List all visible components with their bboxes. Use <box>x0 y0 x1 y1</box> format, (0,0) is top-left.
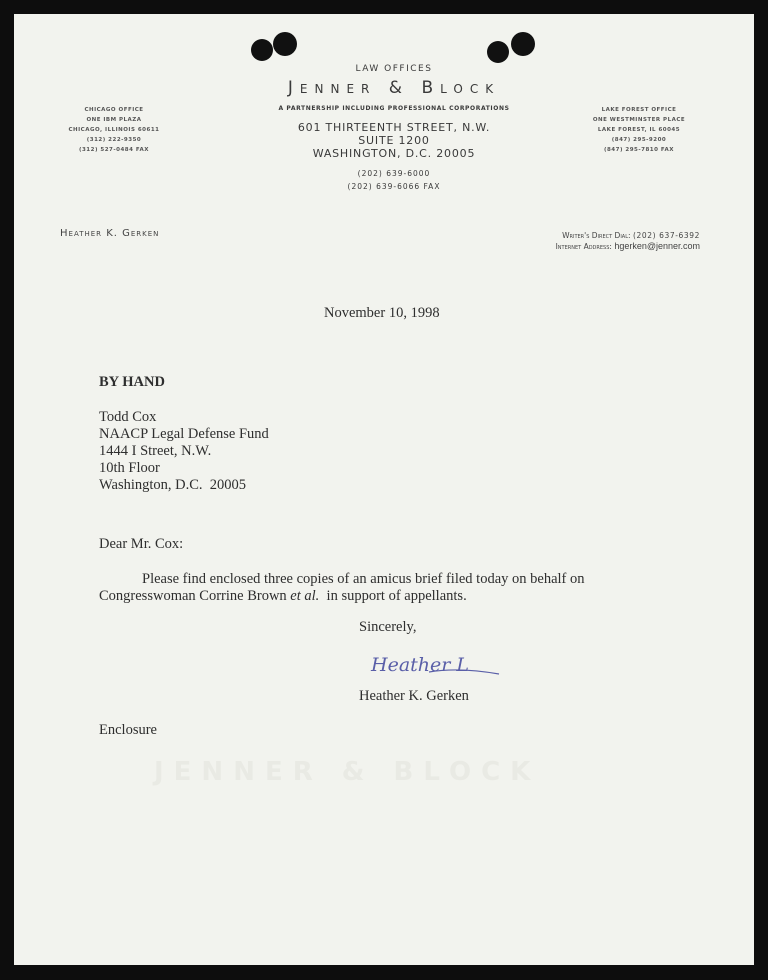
letter-page: LAW OFFICES Jenner & Block A PARTNERSHIP… <box>14 14 754 965</box>
recipient-line: Todd Cox <box>99 409 269 426</box>
salutation: Dear Mr. Cox: <box>99 536 183 553</box>
writer-name: Heather K. Gerken <box>60 228 159 239</box>
office-line: CHICAGO OFFICE <box>54 105 174 115</box>
writer-contact: Writer's Direct Dial: (202) 637-6392 Int… <box>494 230 700 252</box>
partnership-line: A PARTNERSHIP INCLUDING PROFESSIONAL COR… <box>234 105 554 112</box>
signer-name: Heather K. Gerken <box>359 688 469 705</box>
signature-text: Heather L <box>370 654 469 676</box>
writer-name-text: Heather K. Gerken <box>60 228 159 239</box>
hole-punch <box>487 41 509 63</box>
firm-phone: (202) 639-6000 <box>244 169 544 178</box>
firm-fax: (202) 639-6066 FAX <box>244 182 544 191</box>
recipient-line: 10th Floor <box>99 460 269 477</box>
office-line: (847) 295-7810 FAX <box>579 145 699 155</box>
address-line: SUITE 1200 <box>244 134 544 147</box>
office-line: LAKE FOREST OFFICE <box>579 105 699 115</box>
office-line: CHICAGO, ILLINOIS 60611 <box>54 125 174 135</box>
enclosure-note: Enclosure <box>99 722 157 739</box>
recipient-line: Washington, D.C. 20005 <box>99 477 269 494</box>
direct-dial-label: Writer's Direct Dial: <box>562 231 630 240</box>
office-line: LAKE FOREST, IL 60045 <box>579 125 699 135</box>
office-line: ONE WESTMINSTER PLACE <box>579 115 699 125</box>
signature-icon: Heather L <box>369 647 509 681</box>
direct-dial: (202) 637-6392 <box>633 231 700 240</box>
office-line: (847) 295-9200 <box>579 135 699 145</box>
body-text: Congresswoman Corrine Brown <box>99 588 290 604</box>
hole-punch <box>251 39 273 61</box>
closing: Sincerely, <box>359 619 416 636</box>
hole-punch <box>273 32 297 56</box>
chicago-office: CHICAGO OFFICE ONE IBM PLAZA CHICAGO, IL… <box>54 105 174 155</box>
firm-name: Jenner & Block <box>214 78 574 98</box>
email-link[interactable]: hgerken@jenner.com <box>614 241 700 251</box>
internet-label: Internet Address: <box>556 242 612 251</box>
letter-date: November 10, 1998 <box>324 305 440 322</box>
hole-punch <box>511 32 535 56</box>
firm-name-text: Jenner & Block <box>288 78 500 98</box>
delivery-method: BY HAND <box>99 374 165 391</box>
recipient-line: 1444 I Street, N.W. <box>99 443 269 460</box>
body-line: Congresswoman Corrine Brown et al. in su… <box>99 588 585 605</box>
lake-forest-office: LAKE FOREST OFFICE ONE WESTMINSTER PLACE… <box>579 105 699 155</box>
address-line: 601 THIRTEENTH STREET, N.W. <box>244 121 544 134</box>
body-text: in support of appellants. <box>319 588 466 604</box>
letter-body: Please find enclosed three copies of an … <box>99 571 585 605</box>
recipient-line: NAACP Legal Defense Fund <box>99 426 269 443</box>
signature: Heather L <box>369 647 509 681</box>
watermark: JENNER & BLOCK <box>154 757 540 787</box>
address-line: WASHINGTON, D.C. 20005 <box>244 147 544 160</box>
office-line: (312) 527-0484 FAX <box>54 145 174 155</box>
office-line: (312) 222-9350 <box>54 135 174 145</box>
firm-address: 601 THIRTEENTH STREET, N.W. SUITE 1200 W… <box>244 121 544 160</box>
law-offices-label: LAW OFFICES <box>244 64 544 74</box>
body-italic: et al. <box>290 588 319 604</box>
body-line: Please find enclosed three copies of an … <box>99 571 585 588</box>
recipient-block: Todd Cox NAACP Legal Defense Fund 1444 I… <box>99 409 269 494</box>
office-line: ONE IBM PLAZA <box>54 115 174 125</box>
